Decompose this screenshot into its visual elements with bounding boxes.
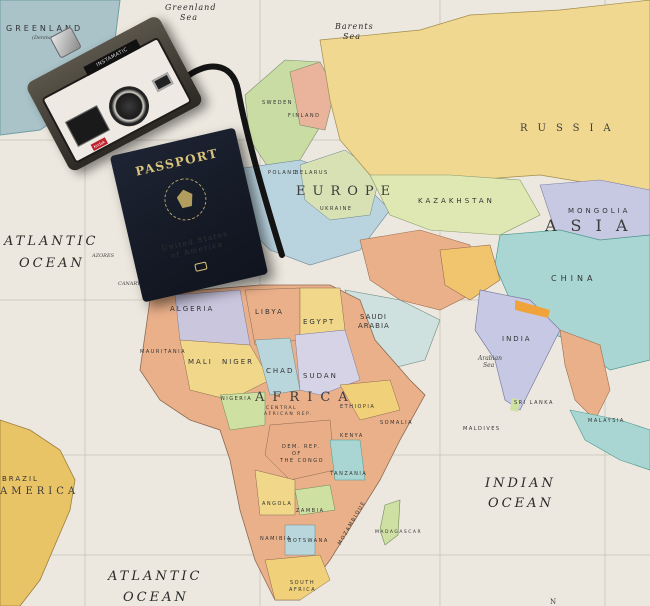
biometric-chip-icon [194, 261, 207, 271]
camera-lens-icon [102, 79, 156, 133]
viewfinder-icon [152, 72, 174, 92]
map-photo: GREENLAND (Denmark) Greenland Sea Barent… [0, 0, 650, 606]
eagle-seal-icon [160, 174, 210, 224]
brand-badge: Kodak [91, 137, 108, 151]
